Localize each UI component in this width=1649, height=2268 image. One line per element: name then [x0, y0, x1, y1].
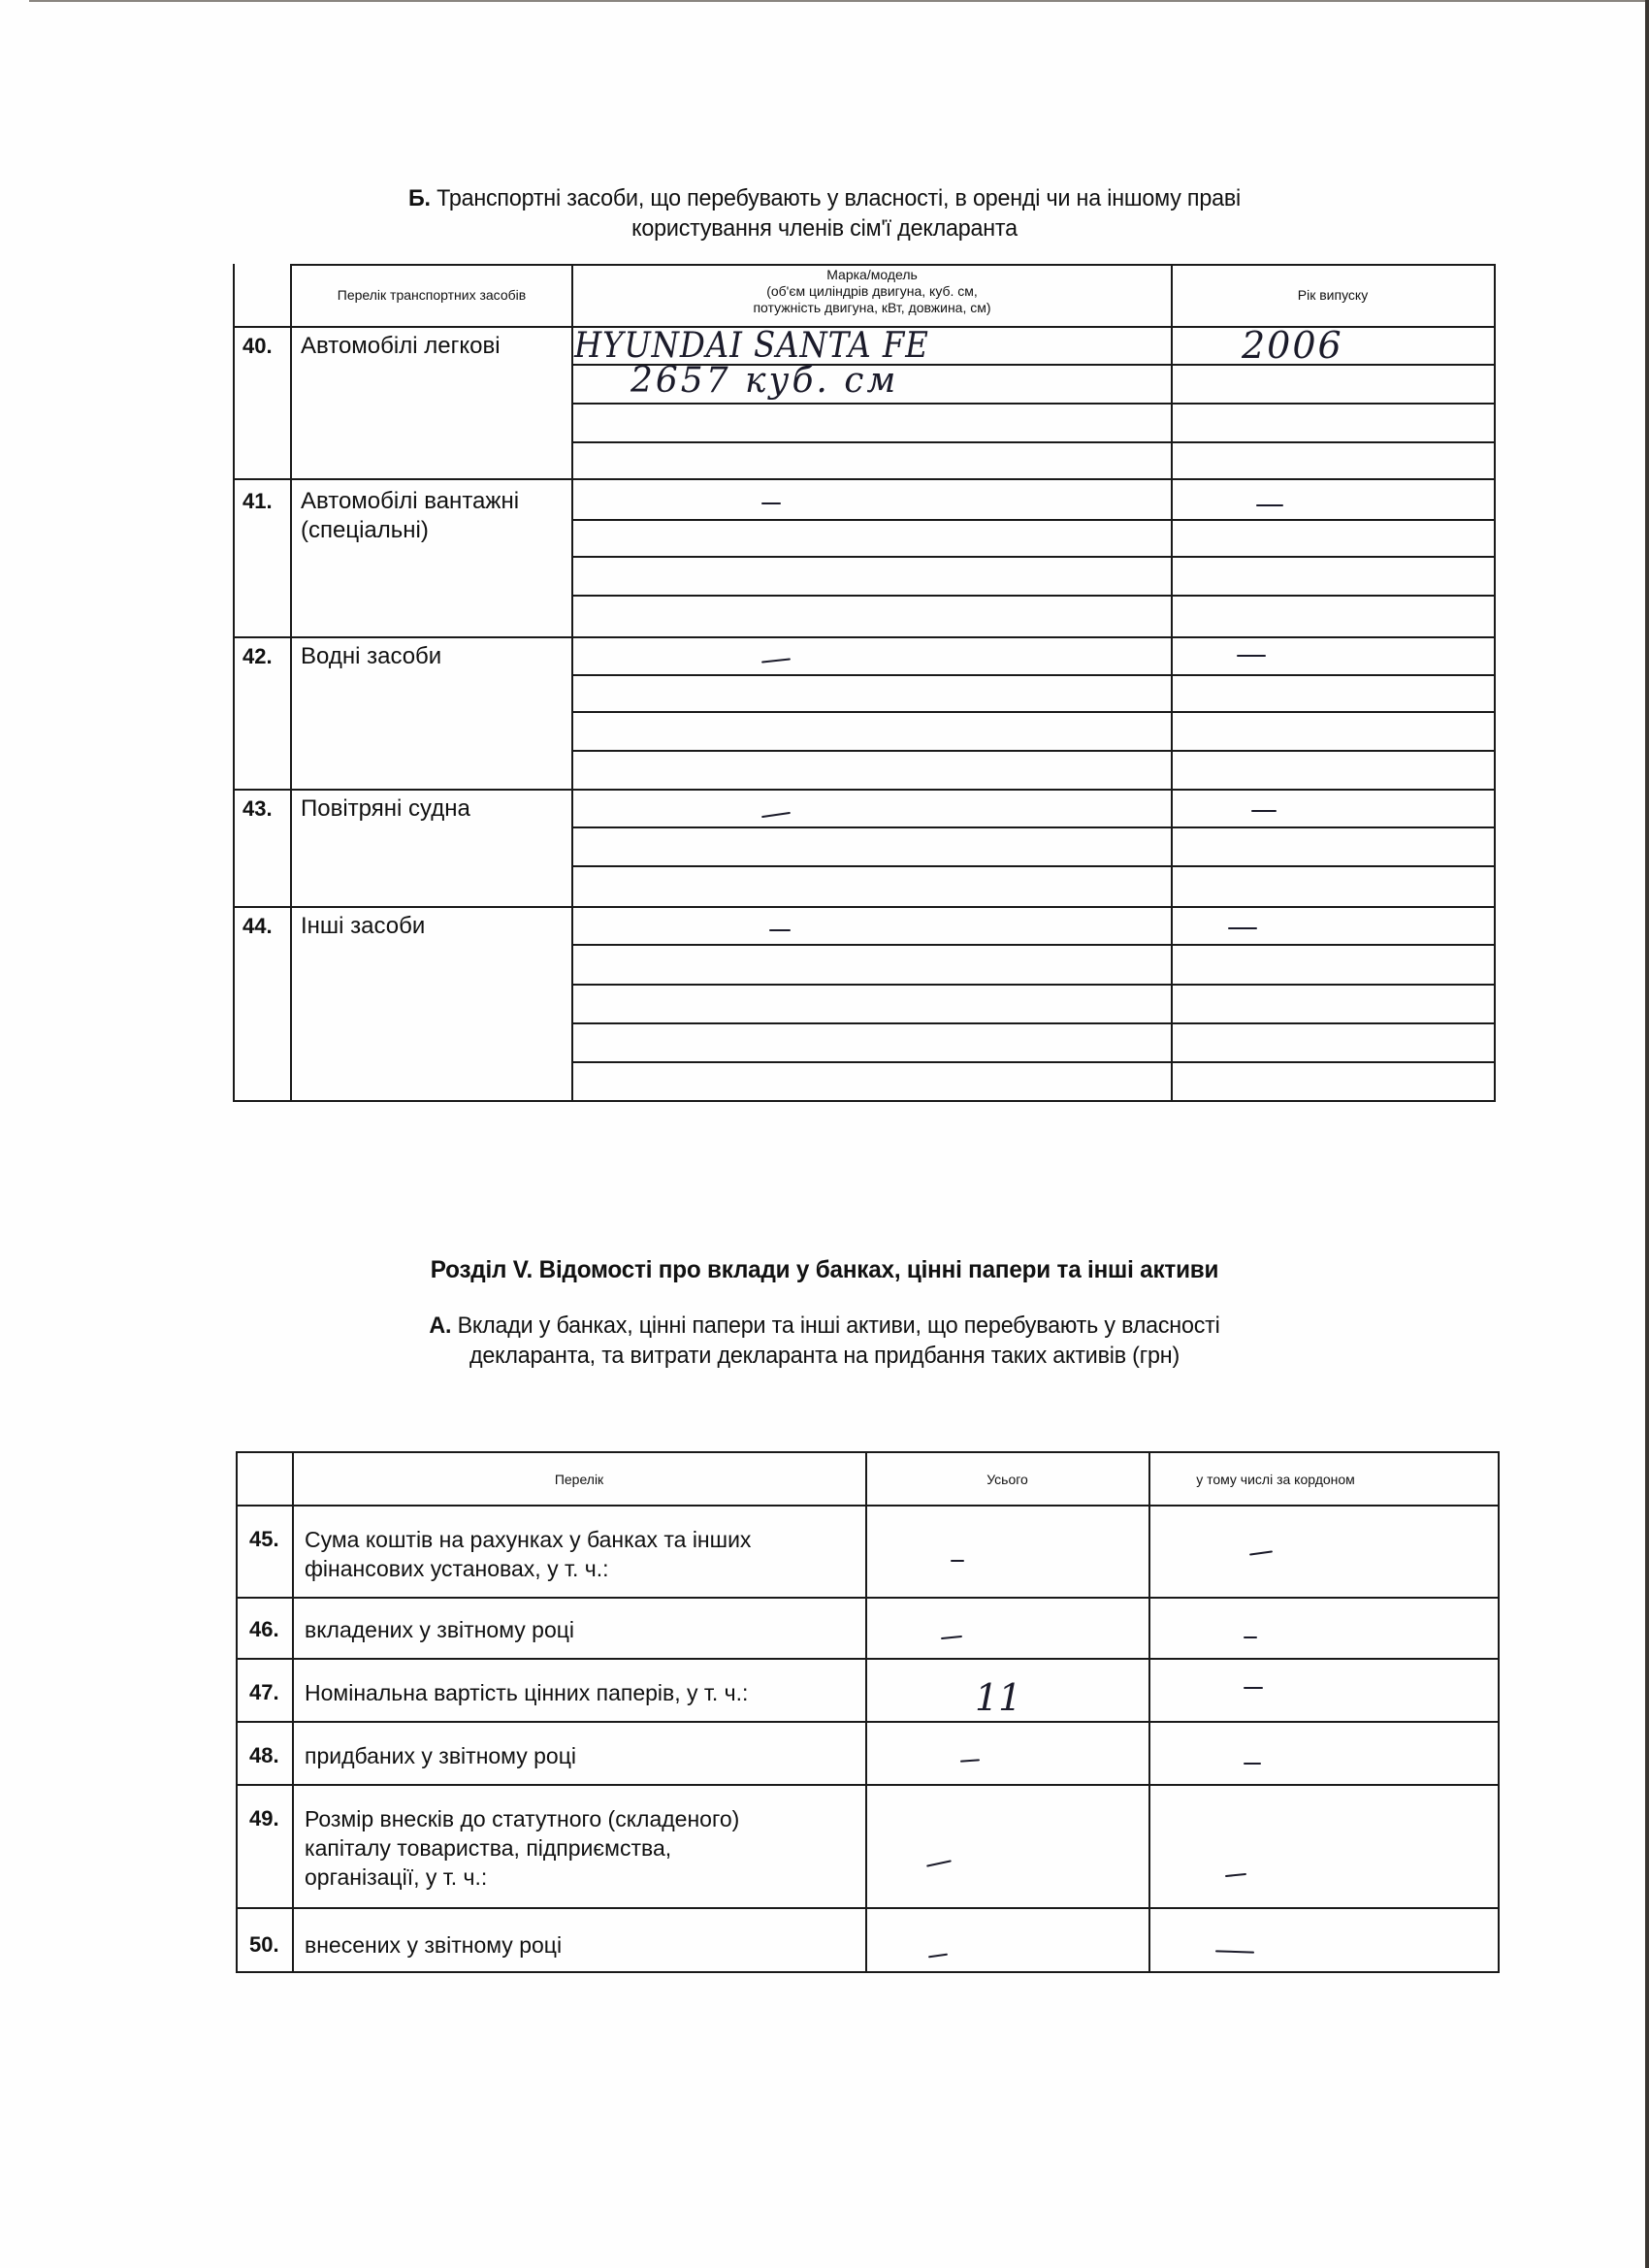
model-empty-dash [761, 658, 791, 663]
abroad-empty-dash [1244, 1687, 1263, 1689]
section-b-title: Б. Транспортні засоби, що перебувають у … [25, 184, 1625, 213]
abroad-empty-dash [1244, 1763, 1261, 1765]
col-header-abroad: у тому числі за кордоном [1149, 1472, 1402, 1488]
section-b-prefix: Б. [408, 185, 431, 211]
row-label-line2: фінансових установах, у т. ч.: [305, 1554, 609, 1583]
scan-edge-right [1645, 0, 1649, 2268]
row-label-line1: Розмір внесків до статутного (складеного… [305, 1804, 739, 1833]
row-number: 47. [249, 1678, 279, 1707]
row-label: Повітряні судна [301, 794, 470, 824]
row-label-line2: (спеціальні) [301, 516, 429, 545]
total-empty-dash [960, 1759, 980, 1762]
row-label: внесених у звітному році [305, 1930, 562, 1960]
section-v-title: Розділ V. Відомості про вклади у банках,… [25, 1255, 1625, 1284]
row-number: 46. [249, 1615, 279, 1644]
year-empty-dash [1228, 927, 1257, 929]
year-empty-dash [1237, 655, 1266, 657]
row-label: Номінальна вартість цінних паперів, у т.… [305, 1678, 748, 1707]
row-number: 48. [249, 1741, 279, 1770]
col-header-vehicle-list: Перелік транспортних засобів [291, 287, 572, 304]
section-v-subtitle-prefix: А. [429, 1312, 451, 1339]
row-number: 41. [242, 487, 273, 516]
row-label-line1: Автомобілі вантажні [301, 487, 519, 516]
abroad-empty-dash [1225, 1873, 1246, 1877]
row-label-line2: капіталу товариства, підприємства, [305, 1833, 671, 1863]
model-value-line1[interactable]: HYUNDAI SANTA FE [574, 326, 929, 366]
section-v-subtitle-line1: Вклади у банках, цінні папери та інші ак… [458, 1312, 1220, 1339]
col-header-model-line2: (об'єм циліндрів двигуна, куб. см, [572, 283, 1172, 300]
model-empty-dash [761, 812, 791, 818]
abroad-empty-dash [1244, 1636, 1257, 1638]
col-header-total: Усього [866, 1472, 1148, 1488]
row-label: придбаних у звітному році [305, 1741, 576, 1770]
row-label: Інші засоби [301, 912, 425, 941]
abroad-empty-dash [1249, 1550, 1273, 1555]
total-empty-dash [926, 1860, 952, 1866]
row-number: 42. [242, 642, 273, 671]
section-b-title-line1: Транспортні засоби, що перебувають у вла… [436, 185, 1241, 211]
col-header-year: Рік випуску [1172, 287, 1494, 304]
model-value-line2[interactable]: 2657 куб. см [630, 361, 898, 401]
row-label: вкладених у звітному році [305, 1615, 574, 1644]
model-empty-dash [769, 929, 791, 931]
row-number: 50. [249, 1930, 279, 1960]
total-value[interactable]: 11 [975, 1676, 1021, 1719]
col-header-model: Марка/модель (об'єм циліндрів двигуна, к… [572, 267, 1172, 316]
year-empty-dash [1256, 504, 1283, 506]
year-value[interactable]: 2006 [1242, 324, 1343, 367]
scan-edge-top [29, 0, 1649, 2]
total-empty-dash [951, 1560, 964, 1562]
row-number: 43. [242, 794, 273, 824]
col-header-list: Перелік [293, 1472, 865, 1488]
row-label: Автомобілі легкові [301, 332, 501, 361]
row-label-line1: Сума коштів на рахунках у банках та інши… [305, 1525, 751, 1554]
total-empty-dash [941, 1636, 962, 1639]
col-header-model-line3: потужність двигуна, кВт, довжина, см) [572, 300, 1172, 316]
row-number: 44. [242, 912, 273, 941]
row-number: 49. [249, 1804, 279, 1833]
abroad-empty-dash [1215, 1950, 1254, 1953]
section-v-subtitle: А. Вклади у банках, цінні папери та інші… [25, 1312, 1625, 1341]
row-label-line3: організації, у т. ч.: [305, 1863, 487, 1892]
row-label: Водні засоби [301, 642, 441, 671]
model-empty-dash [761, 502, 781, 504]
section-v-subtitle-line2: декларанта, та витрати декларанта на при… [25, 1342, 1625, 1371]
row-number: 40. [242, 332, 273, 361]
year-empty-dash [1251, 810, 1277, 812]
row-number: 45. [249, 1525, 279, 1554]
total-empty-dash [928, 1954, 948, 1959]
col-header-model-line1: Марка/модель [572, 267, 1172, 283]
section-b-title-line2: користування членів сім'ї декларанта [25, 214, 1625, 243]
